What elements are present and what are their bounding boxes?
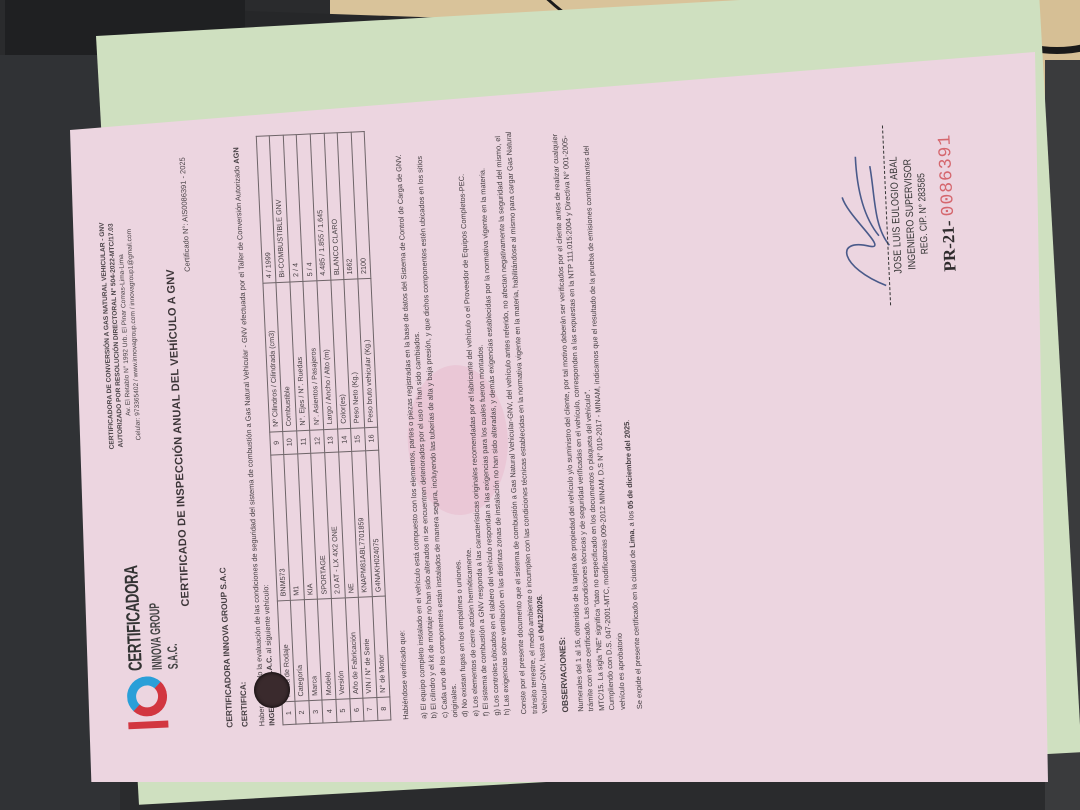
document-body: CERTIFICADORA INNOVA GROUP S.A.C CERTIFI… — [192, 119, 646, 728]
certificate-document: CERTIFICADORA INNOVA GROUP S.A.C. CERTIF… — [70, 52, 1050, 782]
table-cell: 1 — [282, 701, 297, 725]
table-cell: 15 — [351, 427, 366, 451]
serial-number: PR-21- 0086391 — [933, 92, 964, 313]
table-cell: 6 — [349, 698, 364, 722]
issued-text: , a los — [626, 509, 636, 531]
intro-text-end: al siguiente vehículo: — [261, 584, 273, 655]
issued-city: Lima — [627, 530, 637, 548]
logo-text-line1: CERTIFICADORA — [121, 565, 148, 671]
logo-i-mark — [128, 721, 168, 730]
logo-g-mark — [126, 676, 168, 718]
logo-text-line2: INNOVA GROUP S.A.C. — [146, 597, 181, 670]
letterhead-info: CERTIFICADORA DE CONVERSIÓN A GAS NATURA… — [94, 140, 148, 531]
table-cell: 7 — [363, 698, 378, 722]
signature-block: JOSE LUIS EULOGIO ABAL INGENIERO SUPERVI… — [824, 111, 993, 318]
serial-number-red: 0086391 — [935, 133, 959, 216]
table-cell: 2 — [295, 701, 310, 725]
serial-prefix: PR-21- — [938, 220, 959, 272]
vehicle-data-table: 1Placa de RodajeBNM5739Nº Cilindros / Ci… — [255, 131, 391, 725]
table-cell: 9 — [269, 431, 284, 455]
issued-end: . — [622, 420, 631, 422]
table-cell: 10 — [283, 430, 298, 454]
table-cell: 5 — [336, 699, 351, 723]
table-cell: 4 — [322, 699, 337, 723]
table-cell: 3 — [309, 700, 324, 724]
table-cell: 11 — [296, 430, 311, 454]
punch-hole — [254, 672, 290, 708]
conste-end: . — [535, 594, 544, 596]
table-cell: 14 — [337, 428, 352, 452]
certificate-page: CERTIFICADORA INNOVA GROUP S.A.C. CERTIF… — [63, 80, 1021, 762]
table-cell: 16 — [364, 427, 379, 451]
table-cell: 13 — [324, 429, 339, 453]
table-cell: 8 — [377, 697, 392, 721]
valid-until-date: 04/12/2026 — [535, 596, 546, 633]
company-logo: CERTIFICADORA INNOVA GROUP S.A.C. — [111, 553, 179, 736]
table-cell: 12 — [310, 429, 325, 453]
